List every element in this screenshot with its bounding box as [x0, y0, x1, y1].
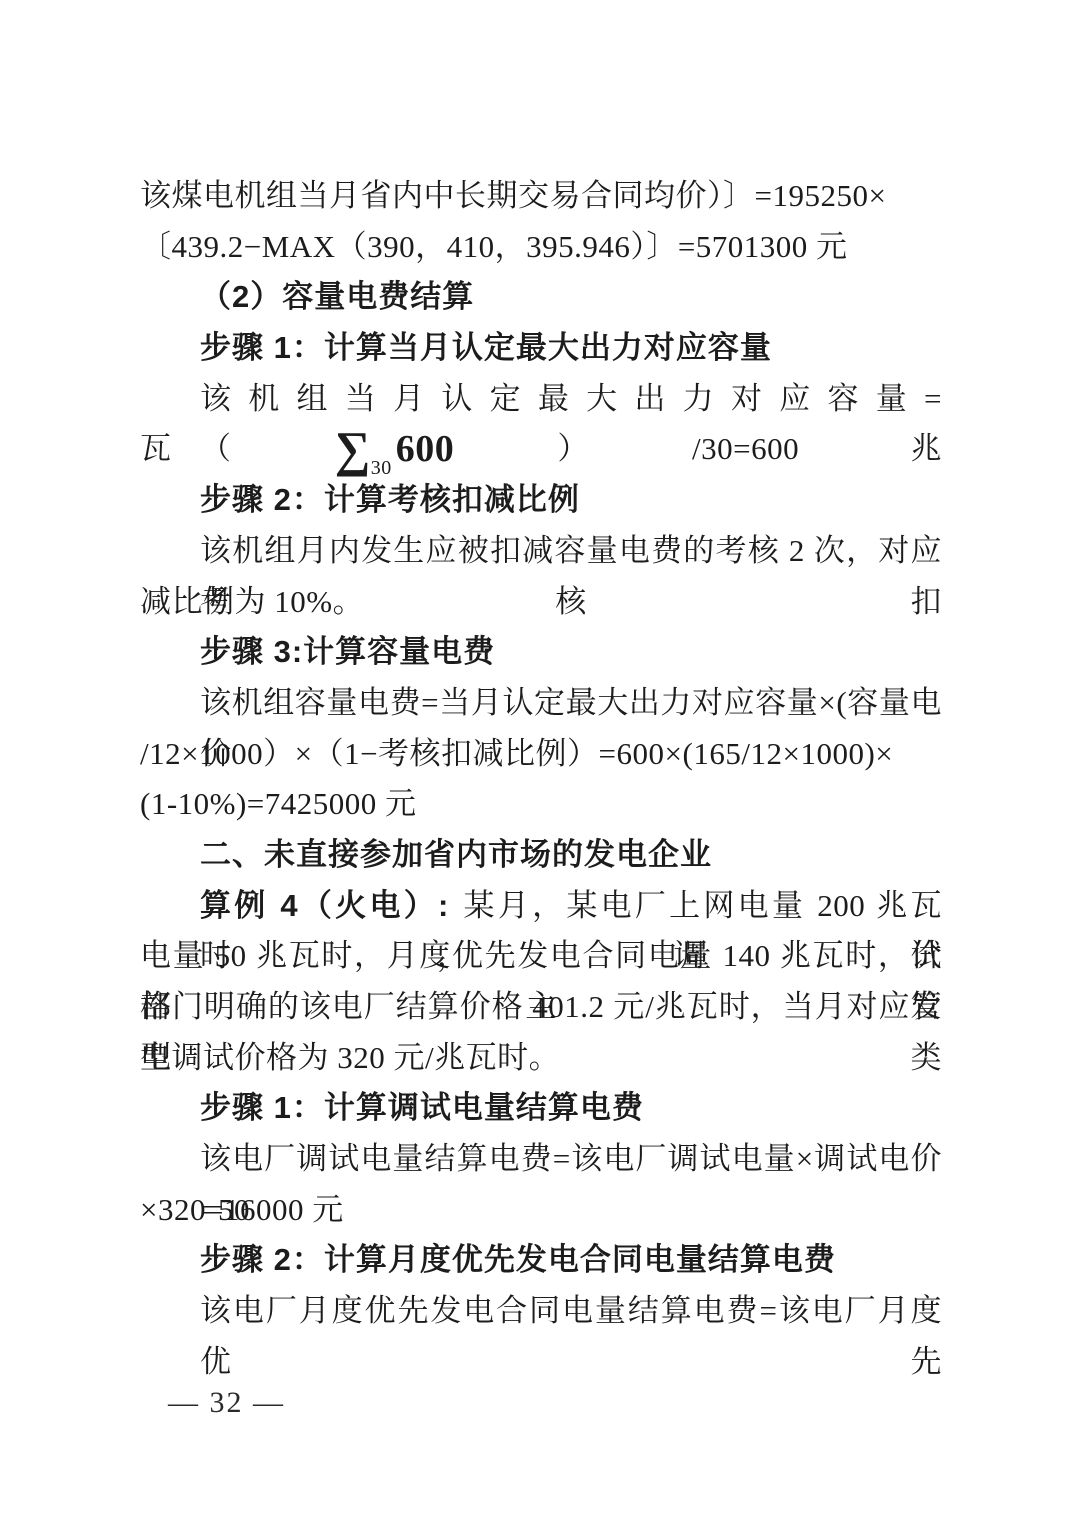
sigma-symbol: ∑: [335, 421, 371, 477]
step-heading: 步骤 1：计算调试电量结算电费: [140, 1083, 942, 1134]
text-line: (1-10%)=7425000 元: [140, 779, 942, 830]
example-line: 算例 4（火电）:某月，某电厂上网电量 200 兆瓦时，调试: [140, 881, 942, 932]
section-heading: 二、未直接参加省内市场的发电企业: [140, 830, 942, 881]
page-number: — 32 —: [168, 1386, 285, 1420]
text-line: 〔439.2−MAX（390，410，395.946）〕=5701300 元: [140, 222, 942, 273]
text-line: 该机组月内发生应被扣减容量电费的考核 2 次，对应考核扣: [140, 526, 942, 577]
formula-suffix: ）/30=600 兆: [454, 431, 942, 466]
section-heading: （2）容量电费结算: [140, 272, 942, 323]
text-line: 该电厂调试电量结算电费=该电厂调试电量×调试电价=50: [140, 1134, 942, 1185]
document-body: 该煤电机组当月省内中长期交易合同均价）〕=195250× 〔439.2−MAX（…: [140, 171, 942, 1337]
step-heading: 步骤 2：计算月度优先发电合同电量结算电费: [140, 1235, 942, 1286]
text-line: 该煤电机组当月省内中长期交易合同均价）〕=195250×: [140, 171, 942, 222]
text-line: 部门明确的该电厂结算价格 401.2 元/兆瓦时，当月对应发电类: [140, 982, 942, 1033]
text-line: 该电厂月度优先发电合同电量结算电费=该电厂月度优先: [140, 1286, 942, 1337]
text-line: ×320=16000 元: [140, 1185, 942, 1236]
formula-line: 该机组当月认定最大出力对应容量=（∑30600）/30=600 兆: [140, 374, 942, 425]
text-line: 电量 50 兆瓦时，月度优先发电合同电量 140 兆瓦时，价格主管: [140, 931, 942, 982]
formula-number: 600: [396, 428, 455, 470]
step-heading: 步骤 1：计算当月认定最大出力对应容量: [140, 323, 942, 374]
example-label: 算例 4（火电）:: [200, 888, 449, 923]
document-page: 该煤电机组当月省内中长期交易合同均价）〕=195250× 〔439.2−MAX（…: [0, 0, 1080, 1527]
text-line: /12×1000）×（1−考核扣减比例）=600×(165/12×1000)×: [140, 729, 942, 780]
step-heading: 步骤 3:计算容量电费: [140, 627, 942, 678]
text-line: 该机组容量电费=当月认定最大出力对应容量×(容量电价: [140, 678, 942, 729]
step-heading: 步骤 2：计算考核扣减比例: [140, 475, 942, 526]
